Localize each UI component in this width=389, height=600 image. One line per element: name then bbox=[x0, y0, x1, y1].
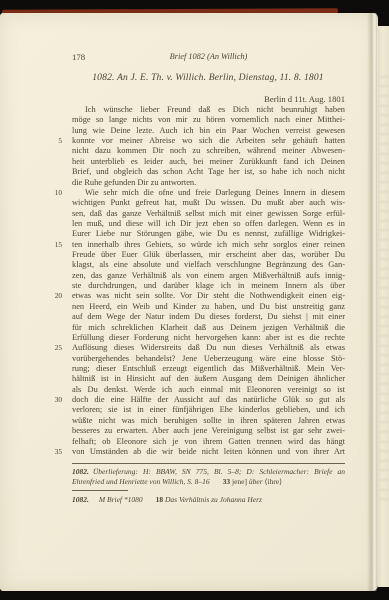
line-number bbox=[0, 271, 62, 281]
line-number bbox=[0, 260, 62, 270]
line-number bbox=[0, 209, 62, 219]
body-line: felhaft; ob Eleonore sich je von ihrem G… bbox=[0, 437, 346, 447]
apparatus-rule bbox=[72, 463, 345, 464]
apparatus-letter-number: 1082. bbox=[72, 467, 89, 476]
body-line: möge so lange nichts von mir zu hören vo… bbox=[0, 115, 346, 125]
body-line-text: verloren; sie ist in einer fünfjährigen … bbox=[72, 405, 345, 415]
body-line-text: nicht dazu kommen Dir noch zu schreiben,… bbox=[72, 146, 345, 156]
body-line: 30 doch die eine Hälfte der Aussicht auf… bbox=[0, 395, 346, 405]
line-number bbox=[0, 364, 62, 374]
body-line: 5 konnte vor meiner Abreise wo sich die … bbox=[0, 136, 346, 146]
line-number: 25 bbox=[0, 343, 62, 353]
body-line: Ich wünsche lieber Freund daß es Dich ni… bbox=[0, 105, 346, 115]
body-line: ste durchdrungen, und darüber klage ich … bbox=[0, 281, 346, 291]
body-line-text: hältniß ist in Hinsicht auf den äußern A… bbox=[72, 374, 345, 384]
line-number: 15 bbox=[0, 240, 62, 250]
next-page-ghost-text bbox=[380, 76, 388, 507]
body-line: zen, das ganze Verhältniß als von einem … bbox=[0, 271, 346, 281]
body-line: 35 von Umständen ab die wir beide nicht … bbox=[0, 447, 346, 457]
line-number bbox=[0, 250, 62, 260]
body-line: besseres zu erwarten. Aber auch jene Ver… bbox=[0, 426, 346, 436]
line-number bbox=[0, 167, 62, 177]
body-line-text: zen, das ganze Verhältniß als von einem … bbox=[72, 271, 345, 281]
line-number bbox=[0, 146, 62, 156]
commentary-line-number: 18 bbox=[156, 495, 164, 504]
body-line-text: rung; dieser Entschluß erzeugt eigentlic… bbox=[72, 364, 345, 374]
body-line-text: wichtigen Punkt gefreut hat, mußt Du wis… bbox=[72, 198, 345, 208]
line-number: 30 bbox=[0, 395, 62, 405]
line-number bbox=[0, 333, 62, 343]
line-number bbox=[0, 323, 62, 333]
variant-line-number: 33 bbox=[223, 477, 231, 486]
line-number bbox=[0, 426, 62, 436]
line-number: 5 bbox=[0, 136, 62, 146]
apparatus-entry-commentary: 1082.M Brief *108018 Das Verhältnis zu J… bbox=[72, 495, 345, 505]
body-line: Erfüllung dieser Forderung nicht hervorg… bbox=[0, 333, 346, 343]
line-number bbox=[0, 385, 62, 395]
commentary-letter-number: 1082. bbox=[72, 495, 89, 504]
body-line-text: Eurer Liebe nur Störungen gäbe, wie Du e… bbox=[72, 229, 345, 239]
scanned-book-photo: { "scan": { "colors": { "backdrop": "#0e… bbox=[0, 0, 389, 600]
body-line: klagst, als eine absolute und vielfach v… bbox=[0, 260, 346, 270]
related-letter-reference: M Brief *1080 bbox=[99, 495, 143, 504]
body-line-text: lung wie Deine lezte. Auch ich bin ein P… bbox=[72, 126, 345, 136]
line-number bbox=[0, 416, 62, 426]
commentary-rule bbox=[72, 490, 128, 491]
body-line: len muß, und diese will ich Dir jezt ebe… bbox=[0, 219, 346, 229]
variant-deleted-reading: ⟨ihre⟩ bbox=[265, 477, 283, 486]
line-number: 20 bbox=[0, 291, 62, 301]
page-crease-shadow bbox=[367, 13, 377, 591]
body-line-text: doch die eine Hälfte der Aussicht auf da… bbox=[72, 395, 345, 405]
body-line: rung; dieser Entschluß erzeugt eigentlic… bbox=[0, 364, 346, 374]
body-line: 20 etwas was nicht sein sollte. Vor Dir … bbox=[0, 291, 346, 301]
body-line-text: len muß, und diese will ich Dir jezt ebe… bbox=[72, 219, 345, 229]
line-number: 10 bbox=[0, 188, 62, 198]
body-line: wüßte nicht was mich beruhigen sollte in… bbox=[0, 416, 346, 426]
commentary-text: Das Verhältnis zu Johanna Herz bbox=[165, 495, 262, 504]
dateline: Berlin d 11t. Aug. 1801 bbox=[72, 94, 345, 104]
body-line: auf dem Wege der Natur indem Du dieses f… bbox=[0, 312, 346, 322]
body-line: Freude über Euer Glük überlassen, mir er… bbox=[0, 250, 346, 260]
body-line-text: besseres zu erwarten. Aber auch jene Ver… bbox=[72, 426, 345, 436]
running-head: Brief 1082 (An Willich) bbox=[72, 52, 345, 61]
body-line: Eurer Liebe nur Störungen gäbe, wie Du e… bbox=[0, 229, 346, 239]
apparatus-transmission-text: Überlieferung: H: BBAW, SN 775, Bl. 5–8;… bbox=[72, 467, 345, 486]
body-line-text: von Umständen ab die wir beide nicht lei… bbox=[72, 447, 345, 457]
letter-body: Ich wünsche lieber Freund daß es Dich ni… bbox=[0, 105, 346, 457]
body-line-text: konnte vor meiner Abreise wo sich die Ar… bbox=[72, 136, 345, 146]
variant-lemma: jene] bbox=[232, 477, 247, 486]
variant-note: über bbox=[249, 477, 263, 486]
line-number bbox=[0, 157, 62, 167]
body-line-text: vorübergehendes behandelst? Jene Ueberze… bbox=[72, 354, 345, 364]
body-line: nicht dazu kommen Dir noch zu schreiben,… bbox=[0, 146, 346, 156]
body-line: 10 Wie sehr mich die ofne und freie Darl… bbox=[0, 188, 346, 198]
body-line: die Ruhe gefunden Dir zu antworten. bbox=[0, 178, 346, 188]
body-line-text: Brief, und obgleich das schon Acht Tage … bbox=[72, 167, 345, 177]
line-number: 35 bbox=[0, 447, 62, 457]
body-line: wichtigen Punkt gefreut hat, mußt Du wis… bbox=[0, 198, 346, 208]
body-line: für mich schreklichen Klarheit daß aus D… bbox=[0, 323, 346, 333]
line-number bbox=[0, 115, 62, 125]
body-line-text: felhaft; ob Eleonore sich je von ihrem G… bbox=[72, 437, 345, 447]
body-line-text: Erfüllung dieser Forderung nicht hervorg… bbox=[72, 333, 345, 343]
body-line-text: Ich wünsche lieber Freund daß es Dich ni… bbox=[72, 105, 345, 115]
line-number bbox=[0, 374, 62, 384]
body-line: als Du denkst. Werde ich auch einmal mit… bbox=[0, 385, 346, 395]
line-number bbox=[0, 198, 62, 208]
line-number bbox=[0, 354, 62, 364]
line-number bbox=[0, 105, 62, 115]
line-number bbox=[0, 219, 62, 229]
body-line: 15 ten innerhalb ihres Gebiets, so würde… bbox=[0, 240, 346, 250]
body-line-text: wüßte nicht was mich beruhigen sollte in… bbox=[72, 416, 345, 426]
body-line: vorübergehendes behandelst? Jene Ueberze… bbox=[0, 354, 346, 364]
line-number bbox=[0, 312, 62, 322]
line-number bbox=[0, 281, 62, 291]
body-line-text: klagst, als eine absolute und vielfach v… bbox=[72, 260, 345, 270]
body-line-text: nen Heerd, ein Weib und Kinder zu haben,… bbox=[72, 302, 345, 312]
body-line-text: heit unterblieb es leider auch, bei mein… bbox=[72, 157, 345, 167]
body-line-text: etwas was nicht sein sollte. Vor Dir ste… bbox=[72, 291, 345, 301]
body-line-text: die Ruhe gefunden Dir zu antworten. bbox=[72, 178, 345, 188]
line-number bbox=[0, 178, 62, 188]
book-page: 178 Brief 1082 (An Willich) 1082. An J. … bbox=[0, 13, 378, 591]
body-line-text: für mich schreklichen Klarheit daß aus D… bbox=[72, 323, 345, 333]
apparatus-entry-transmission: 1082.Überlieferung: H: BBAW, SN 775, Bl.… bbox=[72, 467, 345, 487]
next-page-edge bbox=[378, 26, 389, 587]
line-number bbox=[0, 229, 62, 239]
line-number bbox=[0, 405, 62, 415]
body-line-text: Wie sehr mich die ofne und freie Darlegu… bbox=[72, 188, 345, 198]
line-number bbox=[0, 437, 62, 447]
body-line-text: als Du denkst. Werde ich auch einmal mit… bbox=[72, 385, 345, 395]
letter-heading: 1082. An J. E. Th. v. Willich. Berlin, D… bbox=[58, 72, 358, 83]
body-line-text: Freude über Euer Glük überlassen, mir er… bbox=[72, 250, 345, 260]
body-line: hältniß ist in Hinsicht auf den äußern A… bbox=[0, 374, 346, 384]
line-number bbox=[0, 302, 62, 312]
body-line: lung wie Deine lezte. Auch ich bin ein P… bbox=[0, 126, 346, 136]
body-line-text: Auflösung dieses Widerstreits daß Du nun… bbox=[72, 343, 345, 353]
body-line-text: ste durchdrungen, und darüber klage ich … bbox=[72, 281, 345, 291]
body-line-text: ten innerhalb ihres Gebiets, so würde ic… bbox=[72, 240, 345, 250]
body-line-text: auf dem Wege der Natur indem Du dieses f… bbox=[72, 312, 345, 322]
line-number bbox=[0, 126, 62, 136]
body-line: Brief, und obgleich das schon Acht Tage … bbox=[0, 167, 346, 177]
body-line: heit unterblieb es leider auch, bei mein… bbox=[0, 157, 346, 167]
body-line: nen Heerd, ein Weib und Kinder zu haben,… bbox=[0, 302, 346, 312]
body-line: sen, daß das ganze Verhältniß selbst mic… bbox=[0, 209, 346, 219]
body-line: verloren; sie ist in einer fünfjährigen … bbox=[0, 405, 346, 415]
body-line-text: möge so lange nichts von mir zu hören vo… bbox=[72, 115, 345, 125]
body-line: 25 Auflösung dieses Widerstreits daß Du … bbox=[0, 343, 346, 353]
body-line-text: sen, daß das ganze Verhältniß selbst mic… bbox=[72, 209, 345, 219]
